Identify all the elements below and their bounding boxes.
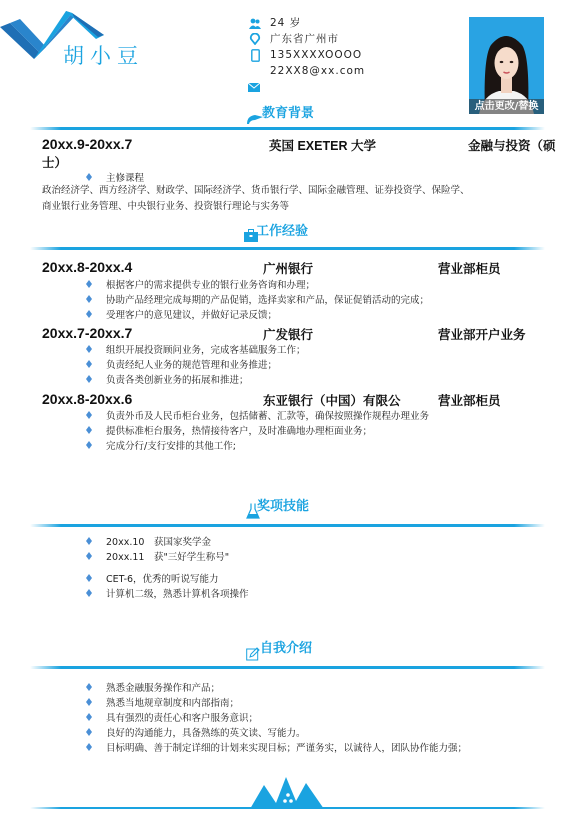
- diamond-bullet-icon: [86, 411, 92, 419]
- award-item: 20xx.10 获国家奖学金: [86, 533, 229, 548]
- job-duties: 负责外币及人民币柜台业务，包括储蓄、汇款等，确保按照操作规程办理业务 提供标准柜…: [86, 407, 429, 452]
- job-position: 营业部开户业务: [438, 325, 526, 343]
- contact-email: 22XX8@xx.com: [248, 63, 365, 79]
- diamond-bullet-icon: [86, 552, 92, 560]
- duty-item: 完成分行/支行安排的其他工作;: [86, 437, 429, 452]
- section-title-awards: 奖项技能: [257, 495, 309, 514]
- duty-item: 受理客户的意见建议，并做好记录反馈；: [86, 306, 429, 321]
- intro-item: 熟悉当地规章制度和内部指南；: [86, 694, 467, 709]
- contact-location: 广东省广州市: [248, 31, 365, 47]
- diamond-bullet-icon: [86, 295, 92, 303]
- duty-item: 负责外币及人民币柜台业务，包括储蓄、汇款等，确保按照操作规程办理业务: [86, 407, 429, 422]
- location-pin-icon: [248, 32, 262, 46]
- users-icon: [248, 16, 262, 30]
- diamond-bullet-icon: [86, 426, 92, 434]
- job-duties: 组织开展投资顾问业务，完成客基础服务工作； 负责经纪人业务的规范管理和业务推进；…: [86, 341, 306, 386]
- duty-item: 组织开展投资顾问业务，完成客基础服务工作；: [86, 341, 306, 356]
- diamond-bullet-icon: [86, 345, 92, 353]
- duty-item: 协助产品经理完成每期的产品促销，选择卖家和产品，保证促销活动的完成；: [86, 291, 429, 306]
- duty-item: 负责经纪人业务的规范管理和业务推进；: [86, 356, 306, 371]
- photo-change-button[interactable]: 点击更改/替换: [469, 99, 544, 114]
- diamond-bullet-icon: [86, 173, 92, 181]
- awards-list: 20xx.10 获国家奖学金 20xx.11 获"三好学生称号": [86, 533, 229, 563]
- diamond-bullet-icon: [86, 683, 92, 691]
- mountain-footer-icon: [250, 775, 328, 809]
- edit-pencil-icon: [246, 647, 260, 661]
- job-position: 营业部柜员: [438, 391, 501, 409]
- job-duties: 根据客户的需求提供专业的银行业务咨询和办理； 协助产品经理完成每期的产品促销，选…: [86, 276, 429, 321]
- contact-info: 24 岁 广东省广州市 135XXXXOOOO 22XX8@xx.com: [248, 15, 365, 95]
- education-major: 金融与投资（硕: [468, 136, 556, 154]
- skills-list: CET-6，优秀的听说写能力 计算机二级，熟悉计算机各项操作: [86, 570, 249, 600]
- phone-icon: [248, 48, 262, 62]
- diamond-bullet-icon: [86, 574, 92, 582]
- mail-icon: [248, 80, 262, 94]
- diamond-bullet-icon: [86, 360, 92, 368]
- diamond-bullet-icon: [86, 310, 92, 318]
- location-text: 广东省广州市: [270, 31, 339, 47]
- award-item: 20xx.11 获"三好学生称号": [86, 548, 229, 563]
- intro-list: 熟悉金融服务操作和产品； 熟悉当地规章制度和内部指南； 具有强烈的责任心和客户服…: [86, 679, 467, 754]
- section-title-education: 教育背景: [262, 102, 314, 121]
- age-text: 24 岁: [270, 15, 301, 31]
- courses-list: 政治经济学、西方经济学、财政学、国际经济学、货币银行学、国际金融管理、证券投资学…: [42, 183, 470, 215]
- duty-item: 根据客户的需求提供专业的银行业务咨询和办理；: [86, 276, 429, 291]
- email-text[interactable]: 22XX8@xx.com: [270, 63, 365, 79]
- section-divider: [30, 127, 545, 130]
- intro-item: 目标明确、善于制定详细的计划来实现目标；严谨务实，以诚待人，团队协作能力强；: [86, 739, 467, 754]
- job-period: 20xx.7-20xx.7: [42, 325, 132, 341]
- phone-text: 135XXXXOOOO: [270, 47, 362, 63]
- duty-item: 提供标准柜台服务，热情接待客户，及时准确地办理柜面业务；: [86, 422, 429, 437]
- duty-item: 负责各类创新业务的拓展和推进；: [86, 371, 306, 386]
- diamond-bullet-icon: [86, 589, 92, 597]
- diamond-bullet-icon: [86, 280, 92, 288]
- diamond-bullet-icon: [86, 713, 92, 721]
- education-period: 20xx.9-20xx.7: [42, 136, 132, 152]
- job-period: 20xx.8-20xx.4: [42, 259, 132, 275]
- courses-label-item: 主修课程: [86, 169, 144, 184]
- contact-age: 24 岁: [248, 15, 365, 31]
- profile-photo[interactable]: 点击更改/替换: [469, 17, 544, 114]
- section-divider: [30, 666, 545, 669]
- contact-phone: 135XXXXOOOO: [248, 47, 365, 63]
- skill-item: CET-6，优秀的听说写能力: [86, 570, 249, 585]
- job-position: 营业部柜员: [438, 259, 501, 277]
- education-major-cont: 士）: [42, 153, 67, 171]
- candidate-name: 胡小豆: [63, 40, 144, 70]
- diamond-bullet-icon: [86, 537, 92, 545]
- job-period: 20xx.8-20xx.6: [42, 391, 132, 407]
- section-title-work: 工作经验: [256, 220, 308, 239]
- education-school: 英国 EXETER 大学: [269, 136, 376, 154]
- intro-item: 具有强烈的责任心和客户服务意识；: [86, 709, 467, 724]
- diamond-bullet-icon: [86, 441, 92, 449]
- diamond-bullet-icon: [86, 375, 92, 383]
- diamond-bullet-icon: [86, 728, 92, 736]
- job-company: 广州银行: [263, 259, 313, 277]
- intro-item: 良好的沟通能力，具备熟练的英文读、写能力。: [86, 724, 467, 739]
- intro-item: 熟悉金融服务操作和产品；: [86, 679, 467, 694]
- diamond-bullet-icon: [86, 743, 92, 751]
- skill-item: 计算机二级，熟悉计算机各项操作: [86, 585, 249, 600]
- section-divider: [30, 247, 545, 250]
- section-title-intro: 自我介绍: [260, 637, 312, 656]
- section-divider: [30, 524, 545, 527]
- diamond-bullet-icon: [86, 698, 92, 706]
